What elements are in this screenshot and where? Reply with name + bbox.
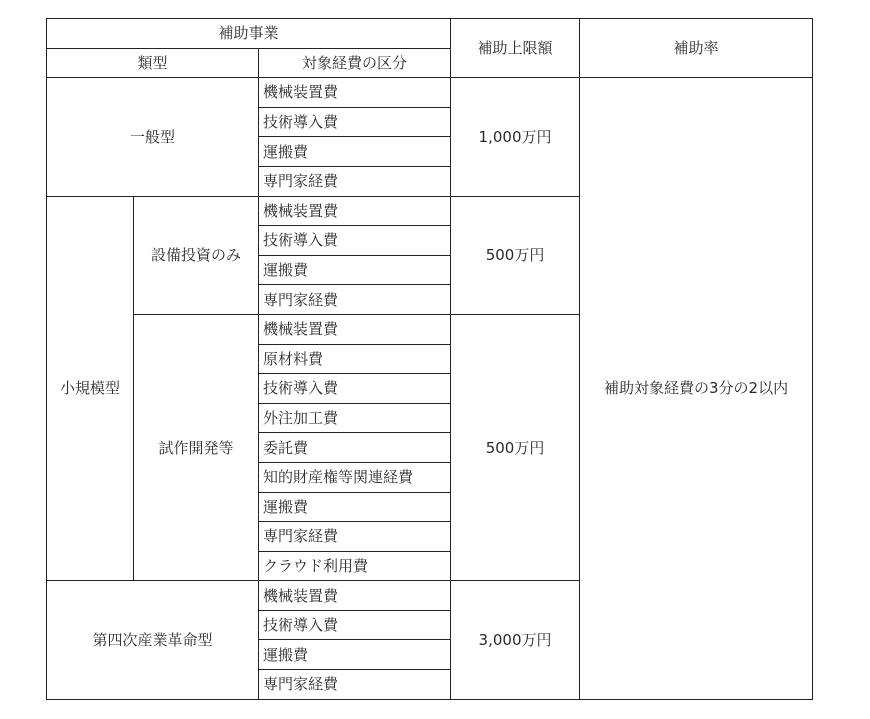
- header-project: 補助事業: [47, 19, 451, 49]
- header-expense-category: 対象経費の区分: [259, 48, 451, 78]
- expense-cell: 専門家経費: [259, 522, 451, 552]
- expense-cell: 原材料費: [259, 344, 451, 374]
- subtype-equipment: 設備投資のみ: [134, 196, 259, 314]
- limit-industry4: 3,000万円: [451, 581, 580, 699]
- subsidy-table: 補助事業 補助上限額 補助率 類型 対象経費の区分 一般型 機械装置費 1,00…: [46, 18, 813, 700]
- expense-cell: 機械装置費: [259, 196, 451, 226]
- expense-cell: 運搬費: [259, 640, 451, 670]
- expense-cell: 委託費: [259, 433, 451, 463]
- header-type: 類型: [47, 48, 259, 78]
- expense-cell: 技術導入費: [259, 374, 451, 404]
- expense-cell: 専門家経費: [259, 166, 451, 196]
- rate-value: 補助対象経費の3分の2以内: [580, 78, 813, 699]
- header-rate: 補助率: [580, 19, 813, 78]
- expense-cell: 機械装置費: [259, 314, 451, 344]
- expense-cell: 技術導入費: [259, 226, 451, 256]
- subtype-prototype: 試作開発等: [134, 314, 259, 580]
- expense-cell: 技術導入費: [259, 107, 451, 137]
- type-industry4: 第四次産業革命型: [47, 581, 259, 699]
- header-limit: 補助上限額: [451, 19, 580, 78]
- table-row: 一般型 機械装置費 1,000万円 補助対象経費の3分の2以内: [47, 78, 813, 108]
- expense-cell: 専門家経費: [259, 285, 451, 315]
- type-general: 一般型: [47, 78, 259, 196]
- expense-cell: 機械装置費: [259, 78, 451, 108]
- limit-equipment: 500万円: [451, 196, 580, 314]
- type-small: 小規模型: [47, 196, 134, 581]
- expense-cell: 外注加工費: [259, 403, 451, 433]
- expense-cell: 運搬費: [259, 255, 451, 285]
- limit-general: 1,000万円: [451, 78, 580, 196]
- expense-cell: 運搬費: [259, 137, 451, 167]
- expense-cell: 機械装置費: [259, 581, 451, 611]
- expense-cell: 専門家経費: [259, 670, 451, 700]
- expense-cell: 知的財産権等関連経費: [259, 462, 451, 492]
- limit-prototype: 500万円: [451, 314, 580, 580]
- expense-cell: クラウド利用費: [259, 551, 451, 581]
- expense-cell: 技術導入費: [259, 610, 451, 640]
- expense-cell: 運搬費: [259, 492, 451, 522]
